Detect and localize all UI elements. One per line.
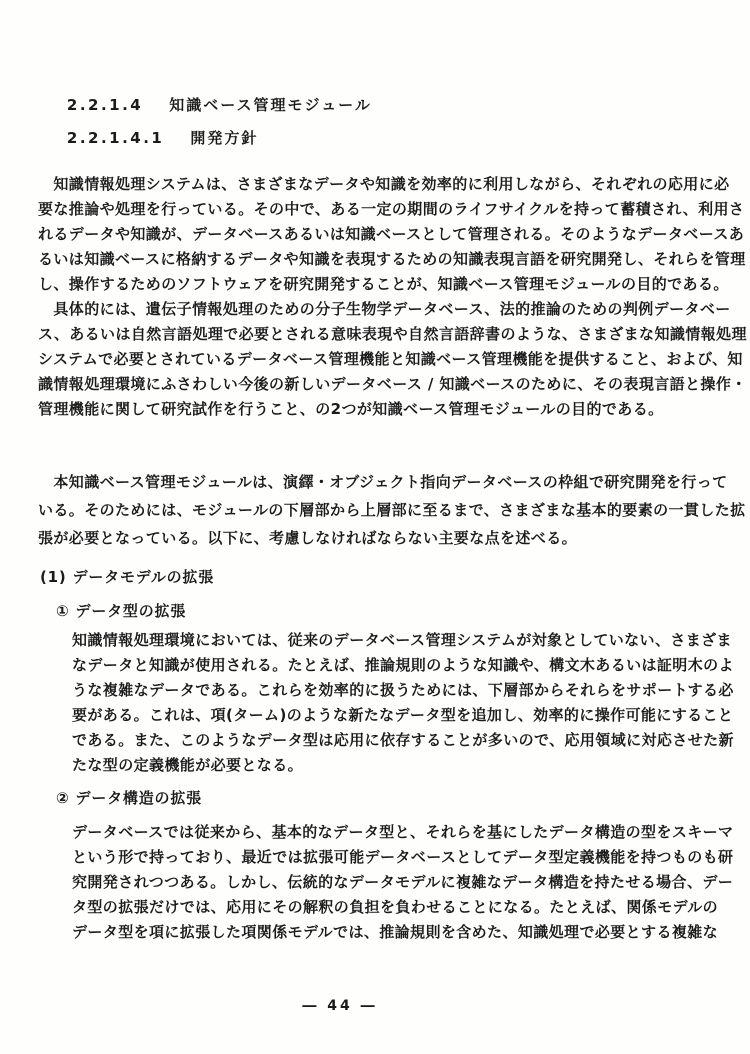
text-line: データベースでは従来から、基本的なデータ型と、それらを基にしたデータ構造の型をス… <box>72 820 720 845</box>
text-line: タ型の拡張だけでは、応用にその解釈の負担を負わせることになる。たとえば、関係モデ… <box>72 895 720 920</box>
text-line: たな型の定義機能が必要となる。 <box>72 753 720 778</box>
text-line: 張が必要となっている。以下に、考慮しなければならない主要な点を述べる。 <box>38 524 718 552</box>
paragraph-purpose: 知識情報処理システムは、さまざまなデータや知識を効率的に利用しながら、それぞれの… <box>38 172 718 422</box>
text-line: 知識情報処理環境においては、従来のデータベース管理システムが対象としていない、さ… <box>72 628 720 653</box>
page-number: ― 44 ― <box>0 998 680 1014</box>
text-line: 知識情報処理システムは、さまざまなデータや知識を効率的に利用しながら、それぞれの… <box>38 172 718 197</box>
circled-item-2-label: ② データ構造の拡張 <box>56 787 202 808</box>
subsection-number: 2.2.1.4.1 <box>67 129 164 147</box>
text-line: という形で持っており、最近では拡張可能データベースとしてデータ型定義機能を持つも… <box>72 845 720 870</box>
text-line: 具体的には、遺伝子情報処理のための分子生物学データベース、法的推論のための判例デ… <box>38 297 718 322</box>
text-line: である。また、このようなデータ型は応用に依存することが多いので、応用領域に対応さ… <box>72 728 720 753</box>
text-line: システムで必要とされているデータベース管理機能と知識ベース管理機能を提供すること… <box>38 347 718 372</box>
text-line: れるデータや知識が、データベースあるいは知識ベースとして管理される。そのようなデ… <box>38 222 718 247</box>
subsection-heading: 2.2.1.4.1開発方針 <box>40 109 258 166</box>
text-line: なデータと知識が使用される。たとえば、推論規則のような知識や、構文木あるいは証明… <box>72 653 720 678</box>
text-line: し、操作するためのソフトウェアを研究開発することが、知識ベース管理モジュールの目… <box>38 272 718 297</box>
text-line: るいは知識ベースに格納するデータや知識を表現するための知識表現言語を研究開発し、… <box>38 247 718 272</box>
text-line: 管理機能に関して研究試作を行うこと、の2つが知識ベース管理モジュールの目的である… <box>38 397 718 422</box>
circled-item-1-label: ① データ型の拡張 <box>56 600 186 621</box>
paragraph-data-structure-extension: データベースでは従来から、基本的なデータ型と、それらを基にしたデータ構造の型をス… <box>72 820 720 945</box>
text-line: データ型を項に拡張した項関係モデルでは、推論規則を含めた、知識処理で必要とする複… <box>72 920 720 945</box>
text-line: 要な推論や処理を行っている。その中で、ある一定の期間のライフサイクルを持って蓄積… <box>38 197 718 222</box>
document-page: 2.2.1.4知識ベース管理モジュール 2.2.1.4.1開発方針 知識情報処理… <box>0 0 750 1054</box>
text-line: 本知識ベース管理モジュールは、演繹・オブジェクト指向データベースの枠組で研究開発… <box>38 468 718 496</box>
text-line: ス、あるいは自然言語処理で必要とされる意味表現や自然言語辞書のような、さまざまな… <box>38 322 718 347</box>
paragraph-approach: 本知識ベース管理モジュールは、演繹・オブジェクト指向データベースの枠組で研究開発… <box>38 468 718 552</box>
text-line: いる。そのためには、モジュールの下層部から上層部に至るまで、さまざまな基本的要素… <box>38 496 718 524</box>
subsection-title: 開発方針 <box>190 129 258 147</box>
list-item-1-label: (1) データモデルの拡張 <box>40 566 214 587</box>
text-line: 要がある。これは、項(ターム)のような新たなデータ型を追加し、効率的に操作可能に… <box>72 703 720 728</box>
text-line: 識情報処理環境にふさわしい今後の新しいデータベース / 知識ベースのために、その… <box>38 372 718 397</box>
paragraph-data-type-extension: 知識情報処理環境においては、従来のデータベース管理システムが対象としていない、さ… <box>72 628 720 778</box>
text-line: 究開発されつつある。しかし、伝統的なデータモデルに複雑なデータ構造を持たせる場合… <box>72 870 720 895</box>
text-line: うな複雑なデータである。これらを効率的に扱うためには、下層部からそれらをサポート… <box>72 678 720 703</box>
